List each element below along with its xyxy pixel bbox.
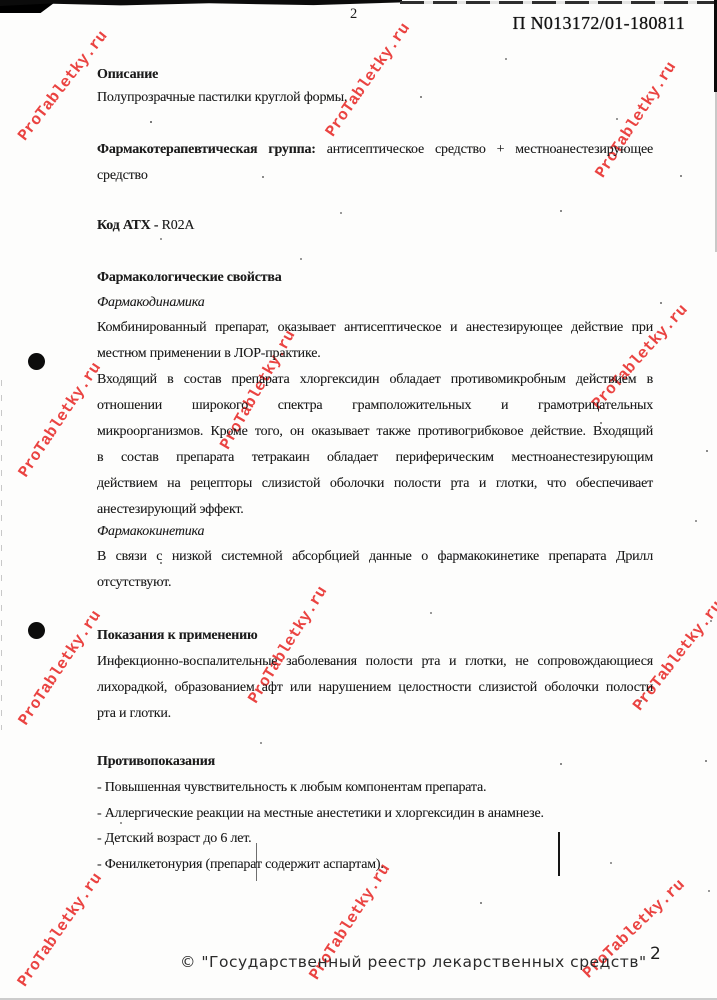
- pharma-group-paragraph: Фармакотерапевтическая группа: антисепти…: [97, 137, 653, 189]
- description-text: Полупрозрачные пастилки круглой формы.: [97, 85, 653, 111]
- paragraph-line: Комбинированный препарат, оказывает анти…: [97, 315, 653, 341]
- contraindication-item: - Аллергические реакции на местные анест…: [97, 801, 653, 827]
- scan-edge-top: [0, 0, 402, 6]
- paragraph-line: рта и глотки.: [97, 701, 653, 727]
- paragraph-line: в состав препарата тетракаин обладает пе…: [97, 445, 653, 471]
- paragraph-line: действием на рецепторы слизистой оболочк…: [97, 471, 653, 497]
- watermark: ProTabletky.ru: [6, 859, 114, 1000]
- pharmacokinetics-paragraph: В связи с низкой системной абсорбцией да…: [97, 544, 653, 596]
- scan-edge-left: [1, 380, 2, 730]
- contraindication-item: - Повышенная чувствительность к любым ко…: [97, 775, 653, 801]
- indications-paragraph: Инфекционно-воспалительные заболевания п…: [97, 649, 653, 727]
- scan-noise-speckles: [0, 0, 2, 2]
- hole-punch-mark: [28, 622, 45, 639]
- paragraph-line: отношении широкого спектра грамположител…: [97, 393, 653, 419]
- pharmacology-heading: Фармакологические свойства: [97, 265, 653, 291]
- paragraph-line: Инфекционно-воспалительные заболевания п…: [97, 649, 653, 675]
- registration-number: П N013172/01-180811: [512, 13, 685, 34]
- pharma-group-line1: Фармакотерапевтическая группа: антисепти…: [97, 137, 653, 163]
- pharmacokinetics-subheading: Фармакокинетика: [97, 519, 653, 545]
- indications-heading: Показания к применению: [97, 623, 653, 649]
- pharma-group-label: Фармакотерапевтическая группа:: [97, 142, 316, 157]
- paragraph-line: лихорадкой, образованием афт или нарушен…: [97, 675, 653, 701]
- pharmacodynamics-paragraph-2: Входящий в состав препарата хлоргексидин…: [97, 367, 653, 523]
- hole-punch-mark: [28, 353, 45, 370]
- contraindication-item: - Детский возраст до 6 лет.: [97, 826, 653, 852]
- paragraph-line: В связи с низкой системной абсорбцией да…: [97, 544, 653, 570]
- paragraph-line: отсутствуют.: [97, 570, 653, 596]
- pharmacodynamics-subheading: Фармакодинамика: [97, 290, 653, 316]
- pharmacodynamics-paragraph-1: Комбинированный препарат, оказывает анти…: [97, 315, 653, 367]
- page-number-bottom: 2: [650, 944, 661, 964]
- atc-code: Код АТХ - R02A: [97, 213, 653, 239]
- page-number-top: 2: [350, 6, 357, 23]
- pharma-group-line2: средство: [97, 163, 653, 189]
- contraindication-item: - Фенилкетонурия (препарат содержит аспа…: [97, 852, 653, 878]
- paragraph-line: местном применении в ЛОР-практике.: [97, 341, 653, 367]
- paragraph-line: Входящий в состав препарата хлоргексидин…: [97, 367, 653, 393]
- scanned-document-page: ProTabletky.ru ProTabletky.ru ProTabletk…: [0, 0, 717, 1000]
- atc-code-value: R02A: [158, 218, 194, 233]
- watermark: ProTabletky.ru: [570, 866, 699, 992]
- contraindications-list: - Повышенная чувствительность к любым ко…: [97, 775, 653, 877]
- contraindications-heading: Противопоказания: [97, 749, 653, 775]
- atc-code-label: Код АТХ -: [97, 218, 158, 233]
- copyright-notice: © "Государственный реестр лекарственных …: [180, 953, 647, 971]
- paragraph-line: микроорганизмов. Кроме того, он оказывае…: [97, 419, 653, 445]
- scan-edge-top-thin: [400, 1, 717, 4]
- pharma-group-text: антисептическое средство + местноанестез…: [316, 142, 653, 157]
